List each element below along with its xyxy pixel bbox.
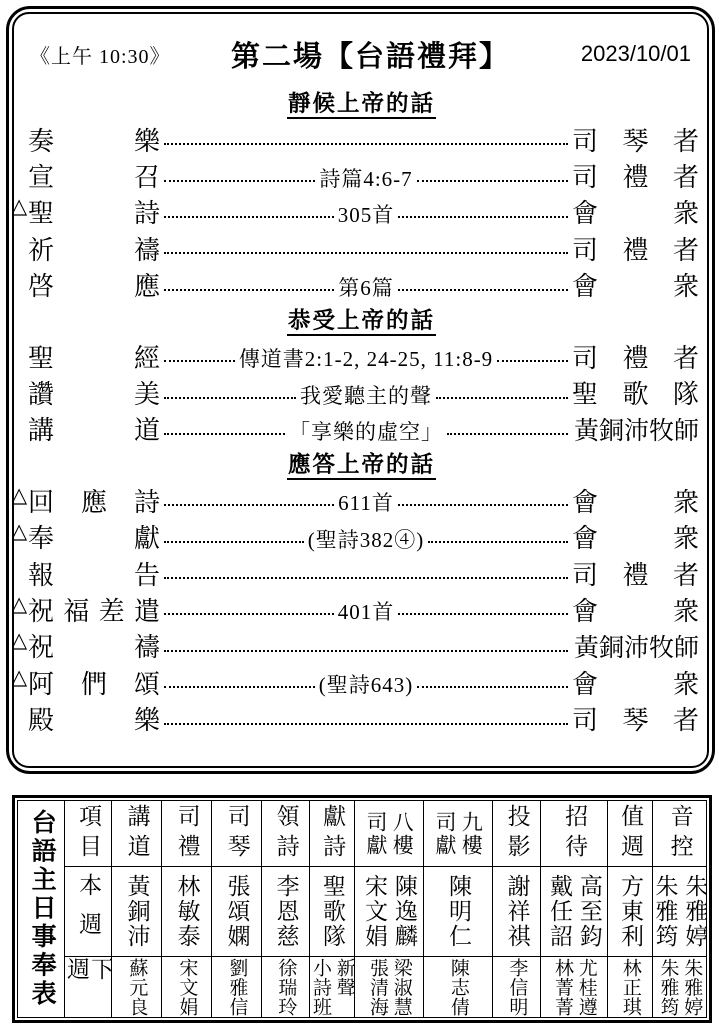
dotted-leader	[436, 397, 568, 399]
label-char: 奏	[28, 121, 54, 158]
order-row: △祝福差遣401首會衆	[22, 591, 701, 627]
role-char: 衆	[673, 518, 699, 555]
role-char: 黃銅沛牧師	[574, 411, 699, 447]
roster-header-cell: 講道	[111, 801, 161, 866]
roster-name-cell: 林敏泰	[161, 866, 211, 956]
label-char: 講	[28, 410, 54, 447]
roster-cell-text: 八樓 司獻	[363, 811, 416, 857]
order-item-detail: 我愛聽主的聲	[300, 380, 432, 410]
roster-cell-text: 謝祥祺	[502, 874, 532, 949]
order-item-label: △回應詩	[28, 482, 160, 519]
dotted-leader	[164, 289, 334, 291]
roster-cell-text: 新聲 小詩班	[309, 958, 354, 1017]
roster-cell-text: 黃銅沛	[122, 874, 152, 949]
label-char: 禱	[134, 627, 160, 664]
roster-name-cell: 徐瑞玲	[261, 956, 309, 1017]
roster-name-cell: 聖歌隊	[309, 866, 354, 956]
label-char: 道	[134, 410, 160, 447]
order-row: 祈禱司禮者	[22, 230, 701, 266]
order-row: 殿樂司琴者	[22, 700, 701, 736]
dotted-leader	[164, 180, 315, 182]
dotted-leader	[417, 180, 568, 182]
roster-cell-text: 尤桂遵 林菁菁	[550, 958, 598, 1017]
order-item-role: 會衆	[572, 193, 699, 230]
roster-cell-text: 值週	[618, 804, 642, 864]
roster-name-cell: 高至鈞 戴任詔	[540, 866, 607, 956]
role-char: 者	[673, 230, 699, 267]
triangle-stand-marker: △	[12, 194, 27, 219]
service-date: 2023/10/01	[541, 41, 691, 67]
roster-table: 台語主日事奉表 項目本週下週講道黃銅沛蘇元良司禮林敏泰宋文娟司琴張頌嫻劉雅信領詩…	[17, 800, 707, 1018]
label-char: △阿	[28, 664, 54, 701]
label-char: 遣	[134, 591, 160, 628]
triangle-stand-marker: △	[12, 592, 27, 617]
order-row: △聖詩305首會衆	[22, 194, 701, 230]
order-item-label: 報告	[28, 555, 160, 592]
roster-cell-text: 方東利	[615, 874, 645, 949]
roster-cell-text: 高至鈞 戴任詔	[544, 874, 604, 949]
role-char: 者	[673, 555, 699, 592]
roster-cell-text: 項目	[76, 804, 100, 864]
roster-cell-text: 李恩慈	[271, 874, 301, 949]
label-char: 美	[134, 374, 160, 411]
roster-cell-text: 宋文娟	[175, 958, 199, 1017]
role-char: 黃銅沛牧師	[574, 628, 699, 664]
roster-side-title: 台語主日事奉表	[28, 809, 54, 1009]
dotted-leader	[164, 723, 568, 725]
order-item-role: 會衆	[572, 664, 699, 701]
roster-cell-text: 張頌嫻	[222, 874, 252, 949]
role-char: 琴	[622, 121, 648, 158]
role-char: 禮	[622, 338, 648, 375]
label-char: 樂	[134, 121, 160, 158]
triangle-stand-marker: △	[12, 519, 27, 544]
label-char: 祈	[28, 230, 54, 267]
role-char: 歌	[622, 374, 648, 411]
roster-name-cell: 李信明	[492, 956, 540, 1017]
dotted-leader	[164, 504, 334, 506]
roster-cell-text: 陳逸麟 宋文娟	[359, 874, 419, 949]
roster-header-cell: 司琴	[211, 801, 261, 866]
order-item-role: 司禮者	[572, 230, 699, 267]
role-char: 會	[572, 482, 598, 519]
role-char: 會	[572, 591, 598, 628]
order-item-detail: 「享樂的虛空」	[289, 416, 443, 446]
dotted-leader	[164, 686, 315, 688]
roster-header-cell: 獻詩	[309, 801, 354, 866]
order-item-label: 奏樂	[28, 121, 160, 158]
label-char: 應	[81, 482, 107, 519]
dotted-leader	[164, 541, 304, 543]
roster-name-cell: 張頌嫻	[211, 866, 261, 956]
roster-cell-text: 下週	[64, 957, 111, 1017]
order-item-role: 會衆	[572, 482, 699, 519]
role-char: 者	[673, 157, 699, 194]
role-char: 司	[572, 157, 598, 194]
roster-cell-text: 徐瑞玲	[274, 958, 298, 1017]
roster-header-cell: 九樓 司獻	[423, 801, 492, 866]
role-char: 司	[572, 230, 598, 267]
roster-cell-text: 朱雅婷 朱雅筠	[652, 874, 706, 949]
order-row: △祝禱黃銅沛牧師	[22, 628, 701, 664]
order-item-label: 聖經	[28, 338, 160, 375]
dotted-leader	[164, 433, 285, 435]
order-row: △回應詩611首會衆	[22, 482, 701, 518]
label-char: 聖	[28, 338, 54, 375]
roster-header-cell: 司禮	[161, 801, 211, 866]
dotted-leader	[497, 360, 568, 362]
roster-cell-text: 林正琪	[618, 958, 642, 1017]
label-char: 差	[99, 591, 125, 628]
label-char: 報	[28, 555, 54, 592]
order-item-detail: 傳道書2:1-2, 24-25, 11:8-9	[239, 343, 493, 373]
section-heading-text: 應答上帝的話	[287, 452, 436, 480]
label-char: 福	[63, 591, 89, 628]
roster-name-cell: 蘇元良	[111, 956, 161, 1017]
label-char: 召	[134, 157, 160, 194]
roster-cell-text: 陳明仁	[443, 874, 473, 949]
order-item-label: 殿樂	[28, 700, 160, 737]
label-char: 獻	[134, 518, 160, 555]
role-char: 衆	[673, 482, 699, 519]
label-char: △祝	[28, 627, 54, 664]
order-item-role: 會衆	[572, 591, 699, 628]
roster-name-cell: 黃銅沛	[111, 866, 161, 956]
order-item-label: △阿們頌	[28, 664, 160, 701]
roster-cell-text: 投影	[504, 804, 528, 864]
role-char: 禮	[622, 230, 648, 267]
role-char: 司	[572, 555, 598, 592]
order-item-role: 司琴者	[572, 121, 699, 158]
roster-name-cell: 陳逸麟 宋文娟	[354, 866, 423, 956]
role-char: 者	[673, 700, 699, 737]
roster-header-cell: 領詩	[261, 801, 309, 866]
roster-name-cell: 謝祥祺	[492, 866, 540, 956]
role-char: 司	[572, 338, 598, 375]
roster-header-cell: 項目	[64, 801, 111, 866]
order-item-label: △祝福差遣	[28, 591, 160, 628]
order-item-detail: 305首	[338, 199, 395, 229]
section-heading: 靜候上帝的話	[22, 86, 701, 121]
bulletin-page: 《上午 10:30》 第二場【台語禮拜】 2023/10/01 靜候上帝的話奏樂…	[0, 0, 719, 1024]
role-char: 禮	[623, 157, 649, 194]
dotted-leader	[417, 686, 568, 688]
dotted-leader	[164, 577, 568, 579]
order-row: 啓應第6篇會衆	[22, 267, 701, 303]
roster-name-cell: 宋文娟	[161, 956, 211, 1017]
order-item-detail: 401首	[338, 596, 395, 626]
section-heading-text: 恭受上帝的話	[287, 308, 436, 336]
dotted-leader	[164, 360, 235, 362]
label-char: 樂	[134, 700, 160, 737]
order-of-worship: 靜候上帝的話奏樂司琴者宣召詩篇4:6-7司禮者△聖詩305首會衆祈禱司禮者啓應第…	[14, 78, 707, 737]
label-char: 們	[81, 664, 107, 701]
order-item-label: 讚美	[28, 374, 160, 411]
order-item-role: 聖歌隊	[572, 374, 699, 411]
roster-table-outer-border: 台語主日事奉表 項目本週下週講道黃銅沛蘇元良司禮林敏泰宋文娟司琴張頌嫻劉雅信領詩…	[12, 795, 712, 1023]
order-item-detail: (聖詩382④)	[308, 524, 425, 554]
order-item-role: 會衆	[572, 518, 699, 555]
order-item-detail: 第6篇	[338, 272, 394, 302]
service-time: 《上午 10:30》	[30, 40, 200, 69]
roster-cell-text: 獻詩	[320, 804, 344, 864]
label-char: △奉	[28, 518, 54, 555]
dotted-leader	[398, 216, 568, 218]
order-item-label: 啓應	[28, 266, 160, 303]
label-char: 詩	[134, 482, 160, 519]
roster-cell-text: 蘇元良	[125, 958, 149, 1017]
roster-header-cell: 值週	[607, 801, 652, 866]
dotted-leader	[398, 613, 568, 615]
roster-name-cell: 李恩慈	[261, 866, 309, 956]
order-item-role: 司琴者	[572, 700, 699, 737]
roster-header-cell: 音控	[652, 801, 706, 866]
order-item-label: 祈禱	[28, 230, 160, 267]
label-char: 告	[134, 555, 160, 592]
roster-rowlabel-cell: 本週	[64, 866, 111, 956]
label-char: 禱	[134, 230, 160, 267]
order-row: 奏樂司琴者	[22, 121, 701, 157]
label-char: 經	[134, 338, 160, 375]
roster-name-cell: 林正琪	[607, 956, 652, 1017]
order-item-role: 司禮者	[572, 157, 699, 194]
roster-cell-text: 本週	[76, 873, 100, 951]
dotted-leader	[164, 252, 568, 254]
role-char: 司	[572, 121, 598, 158]
label-char: 宣	[28, 157, 54, 194]
order-item-label: △祝禱	[28, 627, 160, 664]
order-row: 讚美我愛聽主的聲聖歌隊	[22, 374, 701, 410]
roster-name-cell: 朱雅婷 朱雅筠	[652, 956, 706, 1017]
order-row: 宣召詩篇4:6-7司禮者	[22, 157, 701, 193]
roster-cell-text: 梁淑慧 張清海	[365, 958, 413, 1017]
label-char: △聖	[28, 193, 54, 230]
program-box: 《上午 10:30》 第二場【台語禮拜】 2023/10/01 靜候上帝的話奏樂…	[12, 12, 709, 768]
role-char: 琴	[622, 700, 648, 737]
roster-name-cell: 劉雅信	[211, 956, 261, 1017]
roster-name-cell: 新聲 小詩班	[309, 956, 354, 1017]
roster-cell-text: 林敏泰	[172, 874, 202, 949]
role-char: 會	[572, 664, 598, 701]
roster-name-cell: 尤桂遵 林菁菁	[540, 956, 607, 1017]
roster-cell-text: 朱雅婷 朱雅筠	[656, 958, 704, 1017]
dotted-leader	[164, 143, 568, 145]
section-heading: 恭受上帝的話	[22, 303, 701, 338]
roster-cell-text: 音控	[667, 804, 691, 864]
role-char: 衆	[673, 266, 699, 303]
role-char: 禮	[622, 555, 648, 592]
roster-cell-text: 劉雅信	[225, 958, 249, 1017]
dotted-leader	[428, 541, 568, 543]
roster-name-cell: 方東利	[607, 866, 652, 956]
roster-cell-text: 司禮	[174, 804, 198, 864]
roster-name-cell: 朱雅婷 朱雅筠	[652, 866, 706, 956]
role-char: 者	[673, 338, 699, 375]
dotted-leader	[164, 397, 296, 399]
roster-cell-text: 陳志倩	[446, 958, 470, 1017]
order-item-role: 司禮者	[572, 338, 699, 375]
section-heading-text: 靜候上帝的話	[287, 91, 436, 119]
roster-cell-text: 李信明	[505, 958, 529, 1017]
label-char: △祝	[28, 591, 54, 628]
label-char: 殿	[28, 700, 54, 737]
role-char: 會	[572, 518, 598, 555]
program-header: 《上午 10:30》 第二場【台語禮拜】 2023/10/01	[14, 14, 707, 78]
roster-side-title-cell: 台語主日事奉表	[18, 801, 64, 1017]
order-row: 報告司禮者	[22, 555, 701, 591]
dotted-leader	[164, 650, 568, 652]
order-item-label: △奉獻	[28, 518, 160, 555]
role-char: 聖	[572, 374, 598, 411]
order-row: 講道「享樂的虛空」黃銅沛牧師	[22, 411, 701, 447]
roster-name-cell: 梁淑慧 張清海	[354, 956, 423, 1017]
dotted-leader	[398, 289, 568, 291]
roster-cell-text: 九樓 司獻	[432, 811, 485, 857]
roster-cell-text: 招待	[562, 804, 586, 864]
order-item-role: 黃銅沛牧師	[572, 628, 699, 664]
label-char: △回	[28, 482, 54, 519]
roster-grid: 台語主日事奉表 項目本週下週講道黃銅沛蘇元良司禮林敏泰宋文娟司琴張頌嫻劉雅信領詩…	[18, 801, 706, 1017]
triangle-stand-marker: △	[12, 665, 27, 690]
label-char: 頌	[134, 664, 160, 701]
label-char: 詩	[134, 193, 160, 230]
label-char: 啓	[28, 266, 54, 303]
role-char: 衆	[673, 193, 699, 230]
role-char: 隊	[673, 374, 699, 411]
dotted-leader	[164, 613, 334, 615]
roster-rowlabel-cell: 下週	[64, 956, 111, 1017]
order-item-detail: (聖詩643)	[319, 669, 414, 699]
order-item-label: 講道	[28, 410, 160, 447]
roster-cell-text: 聖歌隊	[317, 874, 347, 949]
dotted-leader	[164, 216, 334, 218]
roster-header-cell: 八樓 司獻	[354, 801, 423, 866]
section-heading: 應答上帝的話	[22, 447, 701, 482]
triangle-stand-marker: △	[12, 628, 27, 653]
triangle-stand-marker: △	[12, 483, 27, 508]
roster-header-cell: 投影	[492, 801, 540, 866]
role-char: 衆	[673, 664, 699, 701]
roster-cell-text: 司琴	[224, 804, 248, 864]
service-title: 第二場【台語禮拜】	[200, 34, 541, 75]
order-row: 聖經傳道書2:1-2, 24-25, 11:8-9司禮者	[22, 338, 701, 374]
label-char: 讚	[28, 374, 54, 411]
order-item-detail: 611首	[338, 487, 394, 517]
role-char: 會	[572, 266, 598, 303]
label-char: 應	[134, 266, 160, 303]
roster-name-cell: 陳明仁	[423, 866, 492, 956]
order-item-role: 黃銅沛牧師	[572, 411, 699, 447]
order-item-role: 司禮者	[572, 555, 699, 592]
order-item-detail: 詩篇4:6-7	[319, 163, 412, 193]
role-char: 者	[673, 121, 699, 158]
roster-cell-text: 領詩	[273, 804, 297, 864]
order-item-role: 會衆	[572, 266, 699, 303]
role-char: 衆	[673, 591, 699, 628]
program-box-outer-border: 《上午 10:30》 第二場【台語禮拜】 2023/10/01 靜候上帝的話奏樂…	[6, 6, 715, 774]
role-char: 會	[572, 193, 598, 230]
order-item-label: △聖詩	[28, 193, 160, 230]
roster-name-cell: 陳志倩	[423, 956, 492, 1017]
order-row: △奉獻(聖詩382④)會衆	[22, 519, 701, 555]
roster-cell-text: 講道	[124, 804, 148, 864]
order-row: △阿們頌(聖詩643)會衆	[22, 664, 701, 700]
dotted-leader	[447, 433, 568, 435]
roster-header-cell: 招待	[540, 801, 607, 866]
role-char: 司	[572, 700, 598, 737]
dotted-leader	[398, 504, 568, 506]
order-item-label: 宣召	[28, 157, 160, 194]
